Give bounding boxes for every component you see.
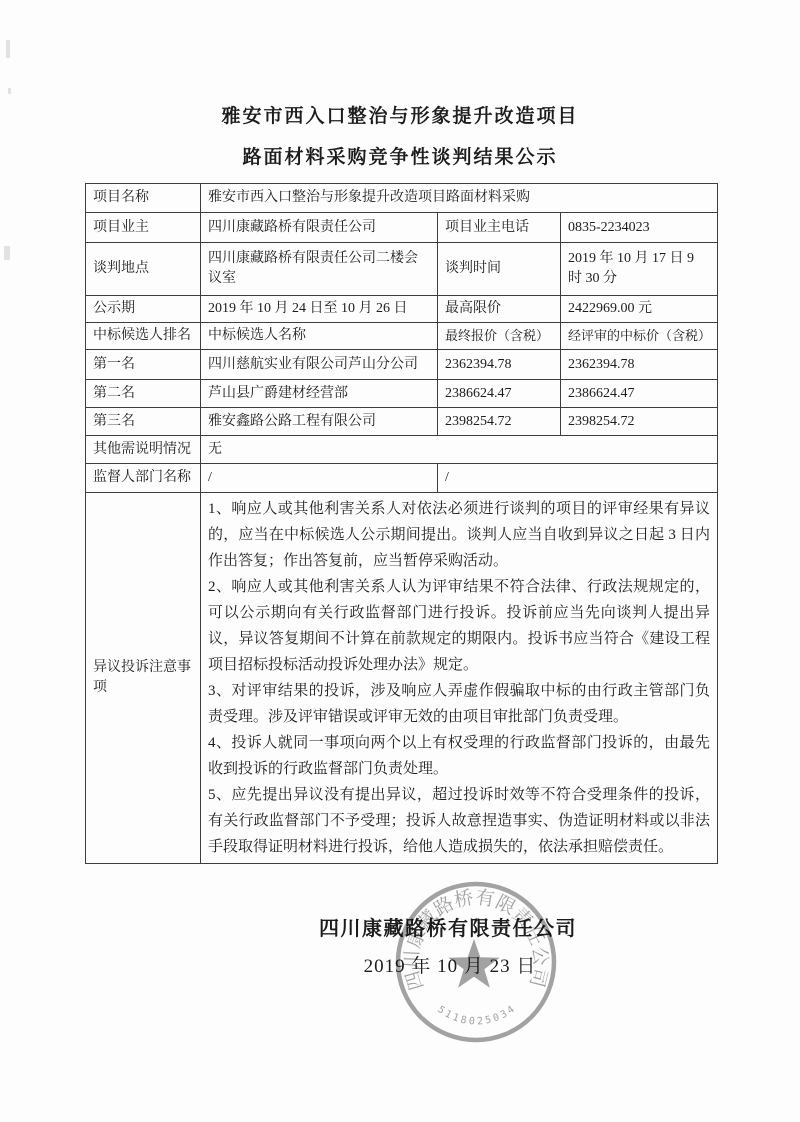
seal-star-icon — [448, 939, 499, 988]
row-other-notes: 其他需说明情况 无 — [86, 436, 718, 464]
candidate-name: 雅安鑫路公路工程有限公司 — [201, 408, 438, 436]
venue-label: 谈判地点 — [86, 243, 201, 296]
candidate-reviewed-price: 2398254.72 — [561, 408, 718, 436]
candidate-row-1: 第一名 四川慈航实业有限公司芦山分公司 2362394.78 2362394.7… — [86, 350, 718, 380]
objection-label: 异议投诉注意事项 — [86, 493, 201, 864]
candidate-reviewed-price: 2386624.47 — [561, 380, 718, 408]
max-price-label: 最高限价 — [438, 296, 561, 323]
owner-phone-label: 项目业主电话 — [438, 213, 561, 243]
candidate-row-2: 第二名 芦山县广爵建材经营部 2386624.47 2386624.47 — [86, 380, 718, 408]
row-venue-time: 谈判地点 四川康藏路桥有限责任公司二楼会议室 谈判时间 2019 年 10 月 … — [86, 243, 718, 296]
owner-value: 四川康藏路桥有限责任公司 — [201, 213, 438, 243]
project-name-value: 雅安市西入口整治与形象提升改造项目路面材料采购 — [201, 184, 718, 213]
candidate-reviewed-price: 2362394.78 — [561, 350, 718, 380]
owner-phone-value: 0835-2234023 — [561, 213, 718, 243]
rank-header: 中标候选人排名 — [86, 323, 201, 350]
document-title-line1: 雅安市西入口整治与形象提升改造项目 — [0, 101, 800, 128]
supervisor-label: 监督人部门名称 — [86, 464, 201, 493]
scan-artifact — [4, 246, 10, 260]
candidate-rank: 第一名 — [86, 350, 201, 380]
publicity-label: 公示期 — [86, 296, 201, 323]
other-notes-label: 其他需说明情况 — [86, 436, 201, 464]
candidate-rank: 第二名 — [86, 380, 201, 408]
objection-paragraph-5: 5、应先提出异议没有提出异议，超过投诉时效等不符合受理条件的投诉，有关行政监督部… — [208, 782, 710, 860]
candidate-row-3: 第三名 雅安鑫路公路工程有限公司 2398254.72 2398254.72 — [86, 408, 718, 436]
reviewed-price-header: 经评审的中标价（含税） — [561, 323, 718, 350]
scan-artifact — [6, 40, 10, 58]
supervisor-value-1: / — [201, 464, 438, 493]
company-seal-stamp: 四川康藏路桥有限责任公司 5118025034103 — [391, 877, 561, 1047]
candidate-final-price: 2362394.78 — [438, 350, 561, 380]
time-value: 2019 年 10 月 17 日 9 时 30 分 — [561, 243, 718, 296]
objection-paragraph-1: 1、响应人或其他利害关系人对依法必须进行谈判的项目的评审经果有异议的，应当在中标… — [208, 496, 710, 574]
scan-artifact — [8, 88, 11, 94]
candidate-final-price: 2398254.72 — [438, 408, 561, 436]
venue-value: 四川康藏路桥有限责任公司二楼会议室 — [201, 243, 438, 296]
other-notes-value: 无 — [201, 436, 718, 464]
row-candidates-header: 中标候选人排名 中标候选人名称 最终报价（含税） 经评审的中标价（含税） — [86, 323, 718, 350]
objection-paragraph-2: 2、响应人或其他利害关系人认为评审结果不符合法律、行政法规规定的，可以公示期向有… — [208, 574, 710, 678]
candidate-final-price: 2386624.47 — [438, 380, 561, 408]
time-label: 谈判时间 — [438, 243, 561, 296]
row-publicity-price: 公示期 2019 年 10 月 24 日至 10 月 26 日 最高限价 242… — [86, 296, 718, 323]
row-project-name: 项目名称 雅安市西入口整治与形象提升改造项目路面材料采购 — [86, 184, 718, 213]
document-title-line2: 路面材料采购竞争性谈判结果公示 — [0, 142, 800, 169]
row-owner: 项目业主 四川康藏路桥有限责任公司 项目业主电话 0835-2234023 — [86, 213, 718, 243]
objection-paragraph-4: 4、投诉人就同一事项向两个以上有权受理的行政监督部门投诉的，由最先收到投诉的行政… — [208, 730, 710, 782]
project-name-label: 项目名称 — [86, 184, 201, 213]
publicity-value: 2019 年 10 月 24 日至 10 月 26 日 — [201, 296, 438, 323]
objection-content: 1、响应人或其他利害关系人对依法必须进行谈判的项目的评审经果有异议的，应当在中标… — [201, 493, 718, 864]
candidate-name: 芦山县广爵建材经营部 — [201, 380, 438, 408]
candidate-rank: 第三名 — [86, 408, 201, 436]
final-price-header: 最终报价（含税） — [438, 323, 561, 350]
row-supervisor: 监督人部门名称 / / — [86, 464, 718, 493]
candidate-name: 四川慈航实业有限公司芦山分公司 — [201, 350, 438, 380]
objection-paragraph-3: 3、对评审结果的投诉，涉及响应人弄虚作假骗取中标的由行政主管部门负责受理。涉及评… — [208, 678, 710, 730]
row-objection-notice: 异议投诉注意事项 1、响应人或其他利害关系人对依法必须进行谈判的项目的评审经果有… — [86, 493, 718, 864]
max-price-value: 2422969.00 元 — [561, 296, 718, 323]
document-page: 雅安市西入口整治与形象提升改造项目 路面材料采购竞争性谈判结果公示 项目名称 雅… — [0, 0, 800, 1122]
owner-label: 项目业主 — [86, 213, 201, 243]
announcement-table: 项目名称 雅安市西入口整治与形象提升改造项目路面材料采购 项目业主 四川康藏路桥… — [85, 183, 718, 864]
supervisor-value-2: / — [438, 464, 718, 493]
name-header: 中标候选人名称 — [201, 323, 438, 350]
